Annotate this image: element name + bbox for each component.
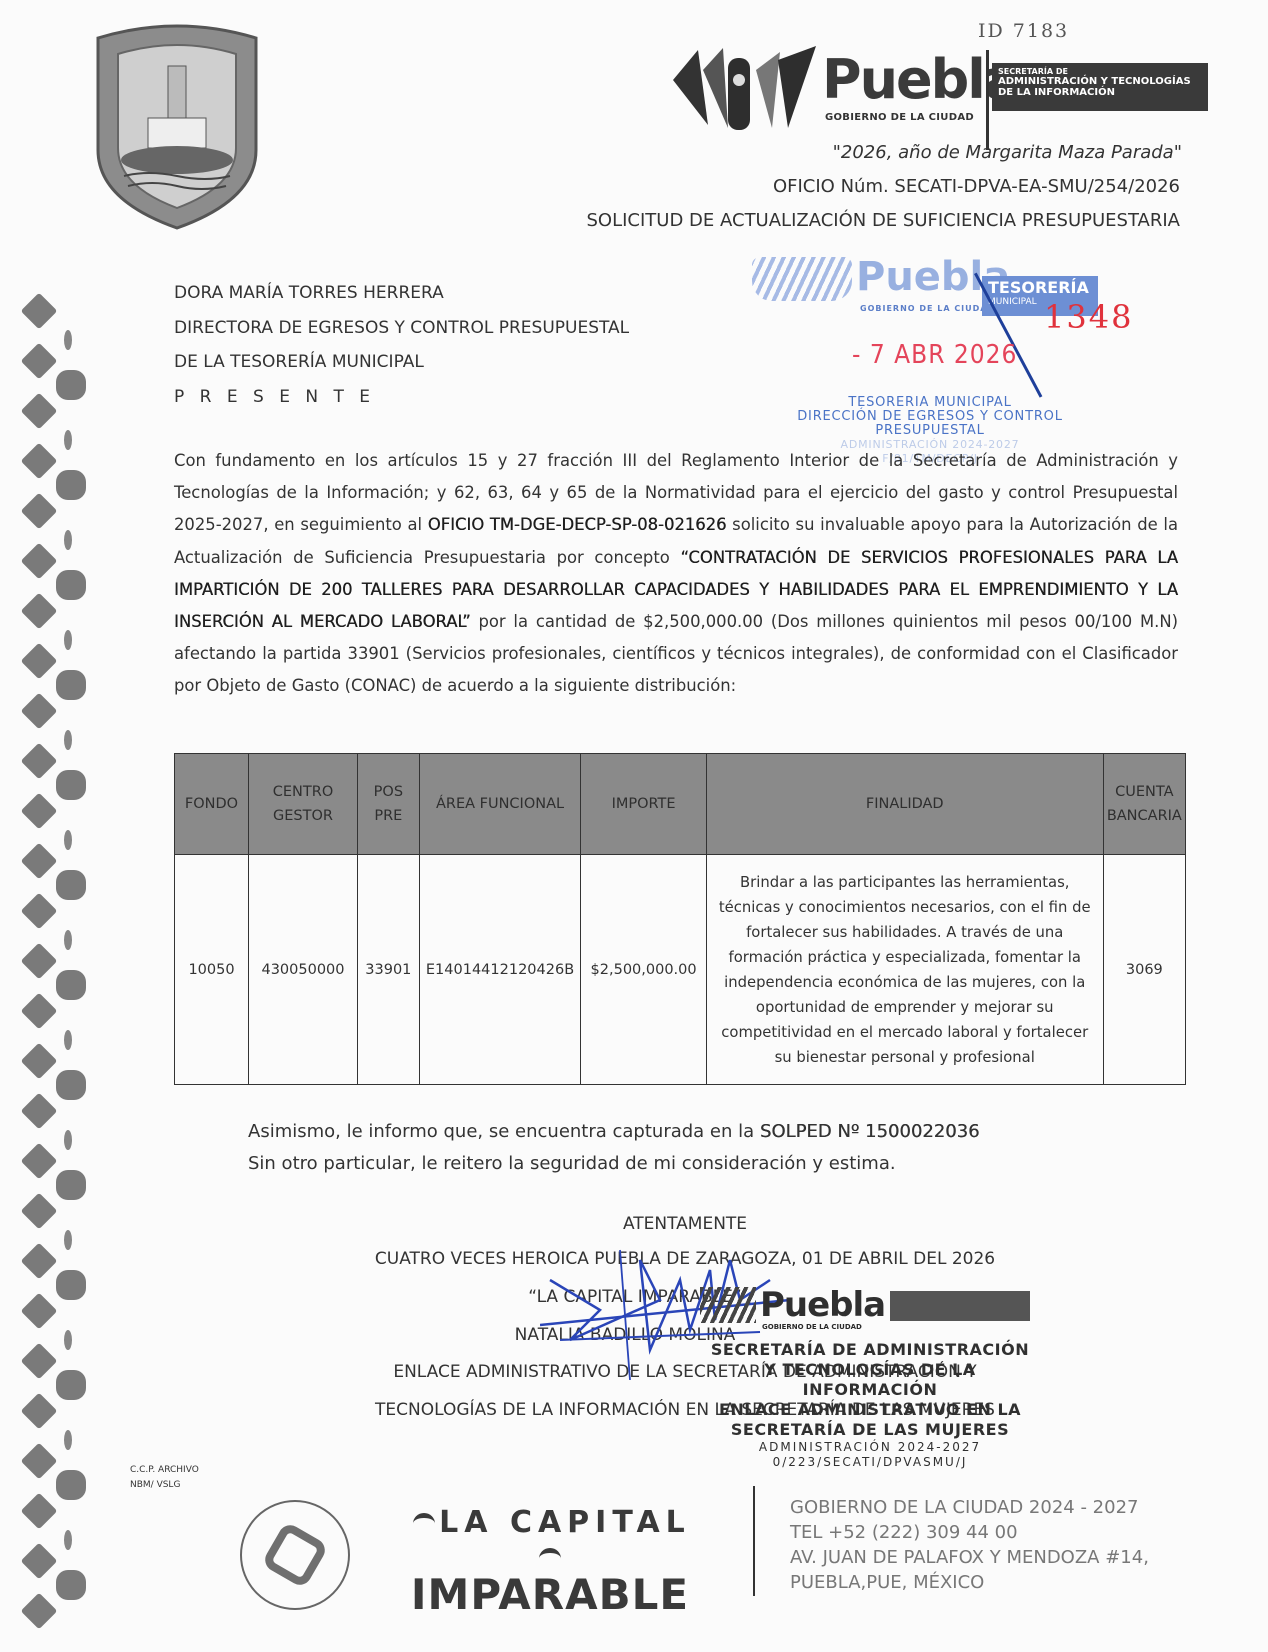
column-header: FONDO bbox=[175, 754, 249, 855]
oficio-number: OFICIO Núm. SECATI-DPVA-EA-SMU/254/2026 bbox=[773, 176, 1180, 197]
diamond-ornament-icon bbox=[21, 1193, 58, 1230]
column-header: ÁREA FUNCIONAL bbox=[419, 754, 581, 855]
emblem-hexagon-icon bbox=[261, 1521, 329, 1589]
cell-centro-gestor: 430050000 bbox=[249, 855, 358, 1085]
flower-ornament-icon bbox=[56, 370, 86, 400]
logo-subtitle: GOBIERNO DE LA CIUDAD bbox=[825, 112, 974, 123]
diamond-ornament-icon bbox=[21, 1043, 58, 1080]
admin-stamp-line: SECRETARÍA DE ADMINISTRACIÓN bbox=[700, 1340, 1040, 1360]
secretaria-band: SECRETARÍA DE ADMINISTRACIÓN Y TECNOLOGÍ… bbox=[992, 63, 1208, 111]
admin-stamp-lines: SECRETARÍA DE ADMINISTRACIÓN Y TECNOLOGÍ… bbox=[700, 1340, 1040, 1470]
diamond-ornament-icon bbox=[21, 943, 58, 980]
wing-left-icon bbox=[413, 1513, 435, 1534]
solped-line: Asimismo, le informo que, se encuentra c… bbox=[248, 1116, 980, 1148]
flower-ornament-icon bbox=[56, 670, 86, 700]
document-subject: SOLICITUD DE ACTUALIZACIÓN DE SUFICIENCI… bbox=[586, 210, 1180, 231]
stamp-line: PRESUPUESTAL bbox=[780, 424, 1080, 438]
closing-block: Asimismo, le informo que, se encuentra c… bbox=[248, 1116, 980, 1180]
recipient-name: DORA MARÍA TORRES HERRERA bbox=[174, 276, 629, 311]
stamp-date: - 7 ABR 2026 bbox=[852, 340, 1017, 370]
tesoreria-received-stamp: Puebla GOBIERNO DE LA CIUDAD TESORERÍA M… bbox=[752, 254, 1112, 444]
diamond-ornament-icon bbox=[21, 443, 58, 480]
diamond-ornament-icon bbox=[21, 1593, 58, 1630]
footer-address: AV. JUAN DE PALAFOX Y MENDOZA #14, bbox=[790, 1545, 1149, 1570]
secretaria-small: SECRETARÍA DE bbox=[998, 67, 1202, 76]
diamond-ornament-icon bbox=[21, 1293, 58, 1330]
closing-courtesy: Sin otro particular, le reitero la segur… bbox=[248, 1148, 980, 1180]
igualdad-laboral-emblem-icon bbox=[240, 1500, 350, 1610]
stamp-folio-number: 1348 bbox=[1044, 298, 1133, 336]
column-header: CENTRO GESTOR bbox=[249, 754, 358, 855]
ccp-initials: NBM/ VSLG bbox=[130, 1478, 199, 1493]
secretaria-line1: ADMINISTRACIÓN Y TECNOLOGÍAS bbox=[998, 76, 1202, 87]
flower-ornament-icon bbox=[56, 970, 86, 1000]
flower-ornament-icon bbox=[56, 1270, 86, 1300]
secretaria-line2: DE LA INFORMACIÓN bbox=[998, 87, 1202, 98]
cell-cuenta-bancaria: 3069 bbox=[1103, 855, 1185, 1085]
flower-ornament-icon bbox=[56, 1370, 86, 1400]
flower-ornament-icon bbox=[56, 1170, 86, 1200]
recipient-title: DIRECTORA DE EGRESOS Y CONTROL PRESUPUES… bbox=[174, 311, 629, 346]
leaf-ornament-icon bbox=[64, 630, 72, 650]
atentamente: ATENTAMENTE bbox=[300, 1214, 1070, 1234]
slogan-line2: IMPARABLE bbox=[400, 1575, 700, 1615]
flower-ornament-icon bbox=[56, 1570, 86, 1600]
diamond-ornament-icon bbox=[21, 993, 58, 1030]
leaf-ornament-icon bbox=[64, 730, 72, 750]
stamp-logo-subtitle: GOBIERNO DE LA CIUDAD bbox=[860, 304, 995, 313]
flower-ornament-icon bbox=[56, 470, 86, 500]
column-header: IMPORTE bbox=[581, 754, 706, 855]
column-header: POS PRE bbox=[358, 754, 420, 855]
closing-text: Asimismo, le informo que, se encuentra c… bbox=[248, 1121, 760, 1142]
diamond-ornament-icon bbox=[21, 593, 58, 630]
diamond-ornament-icon bbox=[21, 693, 58, 730]
salutation: P R E S E N T E bbox=[174, 380, 629, 415]
diamond-ornament-icon bbox=[21, 1543, 58, 1580]
cell-importe: $2,500,000.00 bbox=[581, 855, 706, 1085]
flower-ornament-icon bbox=[56, 570, 86, 600]
diamond-ornament-icon bbox=[21, 343, 58, 380]
diamond-ornament-icon bbox=[21, 393, 58, 430]
diamond-ornament-icon bbox=[21, 893, 58, 930]
stamp-skyline-icon bbox=[700, 1287, 756, 1323]
body-paragraph: Con fundamento en los artículos 15 y 27 … bbox=[174, 445, 1178, 703]
cell-fondo: 10050 bbox=[175, 855, 249, 1085]
la-capital-imparable-logo: LA CAPITAL IMPARABLE bbox=[400, 1505, 700, 1615]
admin-stamp-line: ENLACE ADMINISTRATIVO EN LA bbox=[700, 1400, 1040, 1420]
footer-government: GOBIERNO DE LA CIUDAD 2024 - 2027 bbox=[790, 1495, 1149, 1520]
slogan-line1: LA CAPITAL bbox=[439, 1505, 691, 1540]
diamond-ornament-icon bbox=[21, 1093, 58, 1130]
ccp-block: C.C.P. ARCHIVO NBM/ VSLG bbox=[130, 1463, 199, 1493]
diamond-ornament-icon bbox=[21, 843, 58, 880]
diamond-ornament-icon bbox=[21, 793, 58, 830]
diamond-ornament-icon bbox=[21, 643, 58, 680]
admin-stamp-line: Y TECNOLOGÍAS DE LA INFORMACIÓN bbox=[700, 1360, 1040, 1400]
decorative-border bbox=[22, 290, 82, 1650]
leaf-ornament-icon bbox=[64, 930, 72, 950]
diamond-ornament-icon bbox=[21, 1243, 58, 1280]
leaf-ornament-icon bbox=[64, 430, 72, 450]
column-header: FINALIDAD bbox=[706, 754, 1103, 855]
admin-stamp-band bbox=[890, 1291, 1030, 1321]
admin-stamp-line: 0/223/SECATI/DPVASMU/J bbox=[700, 1455, 1040, 1470]
footer-phone: TEL +52 (222) 309 44 00 bbox=[790, 1520, 1149, 1545]
stamp-band-title: TESORERÍA bbox=[988, 278, 1092, 297]
leaf-ornament-icon bbox=[64, 1530, 72, 1550]
year-motto: "2026, año de Margarita Maza Parada" bbox=[833, 142, 1182, 163]
reference-oficio: OFICIO TM-DGE-DECP-SP-08-021626 bbox=[428, 515, 727, 534]
cell-pos-pre: 33901 bbox=[358, 855, 420, 1085]
admin-stamp-logo-word: Puebla bbox=[760, 1285, 885, 1325]
diamond-ornament-icon bbox=[21, 1343, 58, 1380]
diamond-ornament-icon bbox=[21, 1493, 58, 1530]
diamond-ornament-icon bbox=[21, 1143, 58, 1180]
stamp-line: TESORERIA MUNICIPAL bbox=[780, 396, 1080, 410]
flower-ornament-icon bbox=[56, 870, 86, 900]
leaf-ornament-icon bbox=[64, 1130, 72, 1150]
ccp-archivo: C.C.P. ARCHIVO bbox=[130, 1463, 199, 1478]
flower-ornament-icon bbox=[56, 1470, 86, 1500]
budget-distribution-table: FONDO CENTRO GESTOR POS PRE ÁREA FUNCION… bbox=[174, 753, 1186, 1085]
leaf-ornament-icon bbox=[64, 1230, 72, 1250]
leaf-ornament-icon bbox=[64, 1430, 72, 1450]
diamond-ornament-icon bbox=[21, 1393, 58, 1430]
table-header-row: FONDO CENTRO GESTOR POS PRE ÁREA FUNCION… bbox=[175, 754, 1186, 855]
diamond-ornament-icon bbox=[21, 543, 58, 580]
recipient-block: DORA MARÍA TORRES HERRERA DIRECTORA DE E… bbox=[174, 276, 629, 414]
footer-divider bbox=[753, 1486, 755, 1596]
puebla-secati-logo: Puebla GOBIERNO DE LA CIUDAD SECRETARÍA … bbox=[640, 30, 1200, 130]
diamond-ornament-icon bbox=[21, 493, 58, 530]
stamp-line: DIRECCIÓN DE EGRESOS Y CONTROL bbox=[780, 410, 1080, 424]
leaf-ornament-icon bbox=[64, 330, 72, 350]
footer-city: PUEBLA,PUE, MÉXICO bbox=[790, 1570, 1149, 1595]
city-crest-icon bbox=[88, 20, 266, 230]
cell-area-funcional: E14014412120426B bbox=[419, 855, 581, 1085]
cell-finalidad: Brindar a las participantes las herramie… bbox=[706, 855, 1103, 1085]
table-row: 10050 430050000 33901 E14014412120426B $… bbox=[175, 855, 1186, 1085]
logo-divider bbox=[986, 50, 989, 150]
solped-number: SOLPED Nº 1500022036 bbox=[760, 1121, 980, 1142]
secati-admin-stamp: Puebla GOBIERNO DE LA CIUDAD SECRETARÍA … bbox=[700, 1285, 1040, 1485]
leaf-ornament-icon bbox=[64, 1030, 72, 1050]
flower-ornament-icon bbox=[56, 770, 86, 800]
stamp-skyline-icon bbox=[752, 257, 852, 301]
diamond-ornament-icon bbox=[21, 1443, 58, 1480]
leaf-ornament-icon bbox=[64, 1330, 72, 1350]
leaf-ornament-icon bbox=[64, 830, 72, 850]
footer-contact: GOBIERNO DE LA CIUDAD 2024 - 2027 TEL +5… bbox=[790, 1495, 1149, 1595]
handwritten-id-note: ID 7183 bbox=[978, 20, 1069, 42]
stamp-logo: Puebla bbox=[752, 254, 1010, 301]
admin-stamp-line: ADMINISTRACIÓN 2024-2027 bbox=[700, 1440, 1040, 1455]
admin-stamp-logo-sub: GOBIERNO DE LA CIUDAD bbox=[762, 1323, 862, 1331]
column-header: CUENTA BANCARIA bbox=[1103, 754, 1185, 855]
admin-stamp-line: SECRETARÍA DE LAS MUJERES bbox=[700, 1420, 1040, 1440]
diamond-ornament-icon bbox=[21, 293, 58, 330]
leaf-ornament-icon bbox=[64, 530, 72, 550]
recipient-department: DE LA TESORERÍA MUNICIPAL bbox=[174, 345, 629, 380]
flower-ornament-icon bbox=[56, 1070, 86, 1100]
wing-right-icon bbox=[539, 1548, 561, 1569]
city-skyline-logo-icon bbox=[668, 40, 818, 130]
diamond-ornament-icon bbox=[21, 743, 58, 780]
